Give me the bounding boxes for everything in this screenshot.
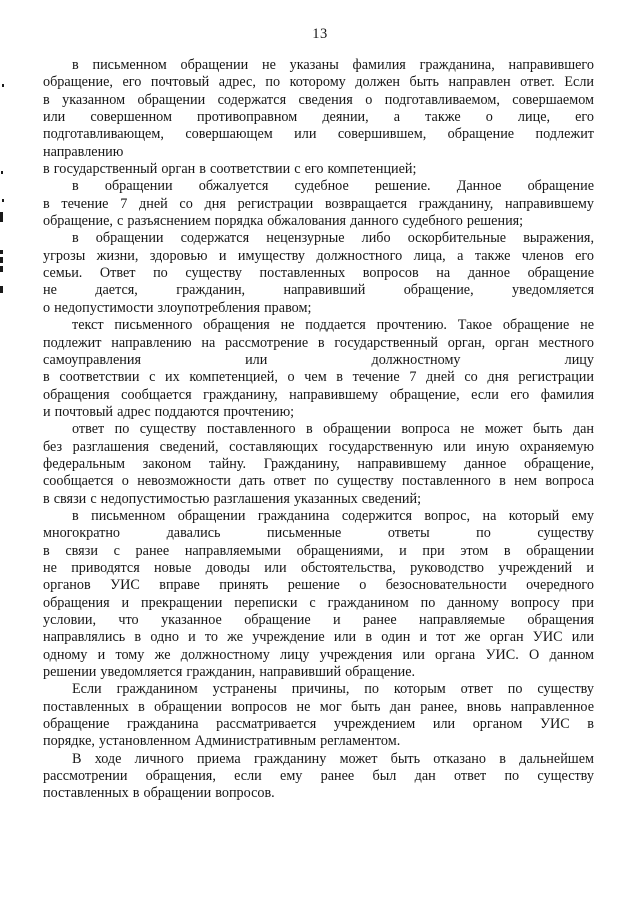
paragraph: Если гражданином устранены причины, по к…: [43, 681, 594, 750]
text-line: обращение, с разъяснением порядка обжало…: [43, 213, 594, 230]
text-line: сообщается о невозможности дать ответ по…: [43, 473, 594, 490]
text-line: Если гражданином устранены причины, по к…: [43, 681, 594, 698]
scan-artifact: [0, 286, 3, 293]
text-line: текст письменного обращения не поддается…: [43, 317, 594, 334]
text-line: одному и тому же должностному лицу учреж…: [43, 647, 594, 664]
text-line: семьи. Ответ по существу поставленных во…: [43, 265, 594, 282]
text-line: о недопустимости злоупотребления правом;: [43, 300, 594, 317]
text-line: поставленных в обращении вопросов.: [43, 785, 594, 802]
text-line: многократно давались письменные ответы п…: [43, 525, 594, 542]
text-line: решении уведомляется гражданин, направив…: [43, 664, 594, 681]
text-line: направлению: [43, 144, 594, 161]
text-line: В ходе личного приема гражданину может б…: [43, 751, 594, 768]
scan-artifact: [2, 199, 4, 202]
document-body: в письменном обращении не указаны фамили…: [43, 57, 594, 803]
text-line: условии, что указанное обращение и ранее…: [43, 612, 594, 629]
text-line: в обращении обжалуется судебное решение.…: [43, 178, 594, 195]
text-line: не дается, гражданин, направивший обраще…: [43, 282, 594, 299]
text-line: в связи с недопустимостью разглашения ук…: [43, 491, 594, 508]
text-line: обращение, его почтовый адрес, по которо…: [43, 74, 594, 91]
text-line: обращения сообщается гражданину, направи…: [43, 387, 594, 404]
text-line: в связи с ранее направляемыми обращениям…: [43, 543, 594, 560]
paragraph: В ходе личного приема гражданину может б…: [43, 751, 594, 803]
text-line: или совершенном противоправном деянии, а…: [43, 109, 594, 126]
paragraph: в письменном обращении не указаны фамили…: [43, 57, 594, 178]
page-number: 13: [0, 26, 640, 43]
text-line: обращения и прекращении переписки с граж…: [43, 595, 594, 612]
paragraph: в обращении содержатся нецензурные либо …: [43, 230, 594, 317]
paragraph: текст письменного обращения не поддается…: [43, 317, 594, 421]
text-line: направлялись в одно и то же учреждение и…: [43, 629, 594, 646]
paragraph: в обращении обжалуется судебное решение.…: [43, 178, 594, 230]
text-line: федеральным законом тайну. Гражданину, н…: [43, 456, 594, 473]
text-line: в обращении содержатся нецензурные либо …: [43, 230, 594, 247]
text-line: в соответствии с их компетенцией, о чем …: [43, 369, 594, 386]
text-line: порядке, установленном Административным …: [43, 733, 594, 750]
paragraph: в письменном обращении гражданина содерж…: [43, 508, 594, 681]
scan-artifact: [2, 84, 4, 87]
text-line: поставленных в обращении вопросов не мог…: [43, 699, 594, 716]
text-line: рассмотрении обращения, если ему ранее б…: [43, 768, 594, 785]
text-line: в письменном обращении гражданина содерж…: [43, 508, 594, 525]
text-line: угрозы жизни, здоровью и имуществу должн…: [43, 248, 594, 265]
scan-artifact: [0, 257, 3, 263]
scan-artifact: [0, 212, 3, 222]
scan-artifact: [0, 266, 3, 272]
paragraph: ответ по существу поставленного в обраще…: [43, 421, 594, 508]
text-line: в течение 7 дней со дня регистрации возв…: [43, 196, 594, 213]
text-line: органов УИС вправе принять решение о без…: [43, 577, 594, 594]
text-line: подготавливающем, совершающем или соверш…: [43, 126, 594, 143]
text-line: подлежит направлению на рассмотрение в г…: [43, 335, 594, 352]
scan-artifact: [0, 250, 3, 254]
text-line: ответ по существу поставленного в обраще…: [43, 421, 594, 438]
text-line: в государственный орган в соответствии с…: [43, 161, 594, 178]
text-line: обращение гражданина рассматривается учр…: [43, 716, 594, 733]
text-line: в письменном обращении не указаны фамили…: [43, 57, 594, 74]
text-line: самоуправления или должностному лицу: [43, 352, 594, 369]
scan-artifact: [1, 171, 3, 174]
text-line: в указанном обращении содержатся сведени…: [43, 92, 594, 109]
text-line: не приводятся новые доводы или обстоятел…: [43, 560, 594, 577]
text-line: и почтовый адрес поддаются прочтению;: [43, 404, 594, 421]
text-line: без разглашения сведений, составляющих г…: [43, 439, 594, 456]
